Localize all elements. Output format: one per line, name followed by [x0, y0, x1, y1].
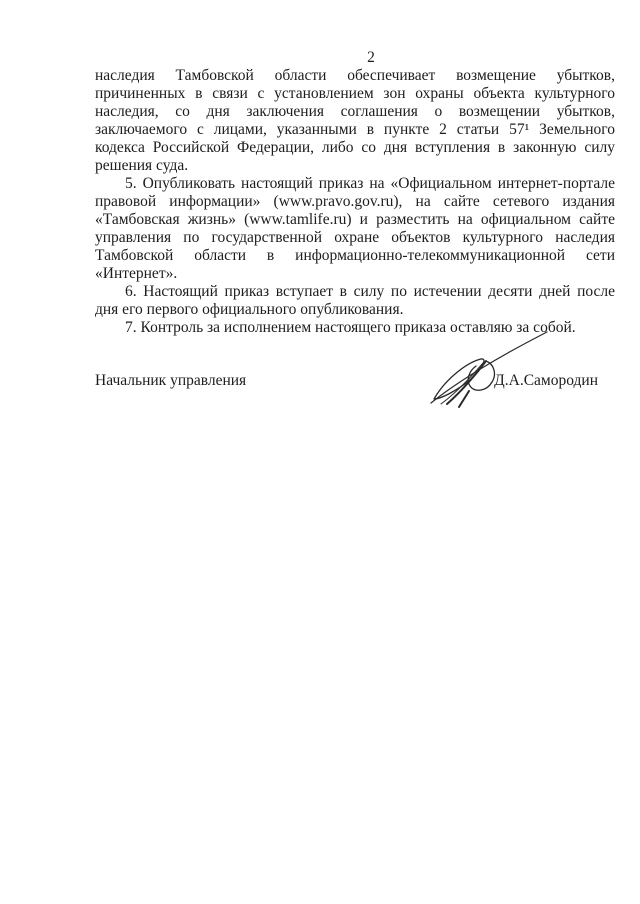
text-line: кодекса Российской Федерации, либо со дн… — [95, 139, 615, 157]
paragraph-item-7: 7. Контроль за исполнением настоящего пр… — [95, 319, 615, 337]
text-line: заключаемого с лицами, указанными в пунк… — [95, 121, 615, 139]
paragraph-item-6: 6. Настоящий приказ вступает в силу по и… — [95, 283, 615, 319]
text-line: 7. Контроль за исполнением настоящего пр… — [95, 319, 615, 337]
text-line: решения суда. — [95, 157, 615, 175]
text-line: «Тамбовская жизнь» (www.tamlife.ru) и ра… — [95, 211, 615, 229]
signatory-position: Начальник управления — [95, 372, 246, 390]
page-number: 2 — [95, 50, 615, 66]
text-line: наследия Тамбовской области обеспечивает… — [95, 67, 615, 85]
text-line: дня его первого официального опубликован… — [95, 301, 615, 319]
document-body: наследия Тамбовской области обеспечивает… — [95, 67, 615, 337]
text-line: «Интернет». — [95, 265, 615, 283]
paragraph: наследия Тамбовской области обеспечивает… — [95, 67, 615, 175]
text-line: 5. Опубликовать настоящий приказ на «Офи… — [95, 175, 615, 193]
signatory-name: Д.А.Самородин — [494, 372, 598, 390]
text-line: причиненных в связи с установлением зон … — [95, 85, 615, 103]
text-line: правовой информации» (www.pravo.gov.ru),… — [95, 193, 615, 211]
text-line: Тамбовской области в информационно-телек… — [95, 247, 615, 265]
text-line: 6. Настоящий приказ вступает в силу по и… — [95, 283, 615, 301]
text-line: управления по государственной охране объ… — [95, 229, 615, 247]
document-page: 2 наследия Тамбовской области обеспечива… — [0, 0, 640, 904]
signature-block: Начальник управления Д.А.Самородин — [95, 372, 615, 390]
text-line: наследия, со дня заключения соглашения о… — [95, 103, 615, 121]
paragraph-item-5: 5. Опубликовать настоящий приказ на «Офи… — [95, 175, 615, 283]
